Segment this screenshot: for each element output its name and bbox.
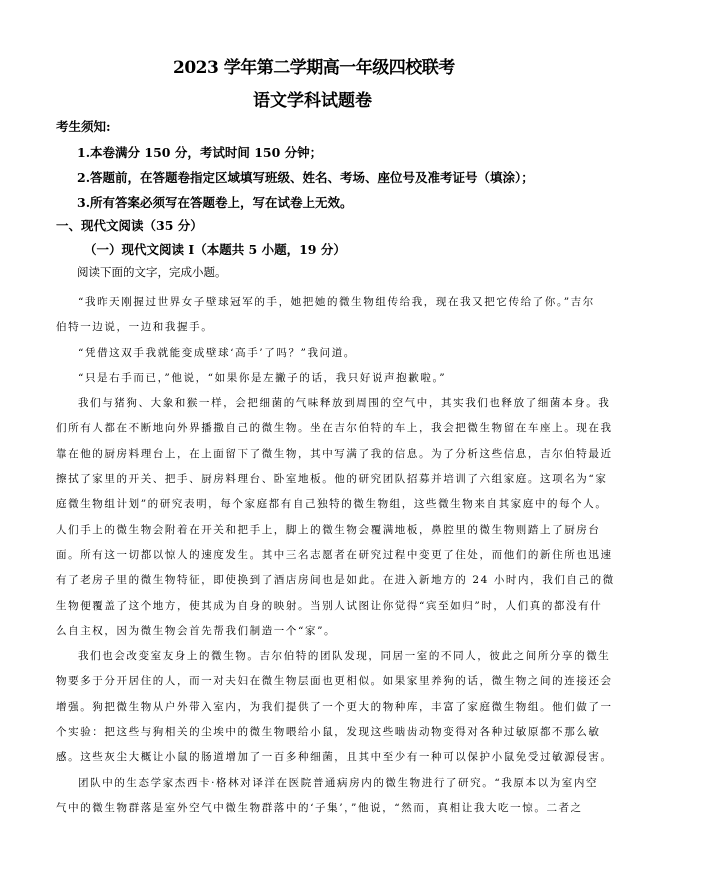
passage-line: 们所有人都在不断地向外界播撒自己的微生物。坐在吉尔伯特的车上，我会把微生物留在车… <box>56 416 556 441</box>
passage-line: 庭微生物组计划”的研究表明，每个家庭都有自己独特的微生物组，这些微生物来自其家庭… <box>56 492 556 517</box>
notice-item: 1.本卷满分 150 分，考试时间 150 分钟； <box>77 143 322 161</box>
passage-line: 么自主权，因为微生物会首先帮我们制造一个“家”。 <box>56 619 556 644</box>
passage-line: 伯特一边说，一边和我握手。 <box>56 315 556 340</box>
notice-heading: 考生须知: <box>56 117 111 135</box>
notice-item: 2.答题前，在答题卷指定区域填写班级、姓名、考场、座位号及准考证号（填涂）； <box>77 168 534 186</box>
passage-line: 靠在他的厨房料理台上，在上面留下了微生物，其中写满了我的信息。为了分析这些信息，… <box>56 442 556 467</box>
passage-line: 增强。狗把微生物从户外带入室内，为我们提供了一个更大的物种库，丰富了家庭微生物组… <box>56 695 556 720</box>
subsection-heading: （一）现代文阅读 I（本题共 5 小题，19 分） <box>84 240 346 258</box>
passage-line: 有了老房子里的微生物特征，即使换到了酒店房间也是如此。在进入新地方的 24 小时… <box>56 568 556 593</box>
passage-line: “凭借这双手我就能变成壁球‘高手’了吗？”我问道。 <box>56 341 556 366</box>
passage-line: 生物便覆盖了这个地方，使其成为自身的映射。当别人试图让你觉得“宾至如归”时，人们… <box>56 594 556 619</box>
section-heading: 一、现代文阅读（35 分） <box>56 216 203 234</box>
passage-line: 气中的微生物群落是室外空气中微生物群落中的‘子集’，”他说，“然而，真相让我大吃… <box>56 796 556 821</box>
exam-title: 2023 学年第二学期高一年级四校联考 <box>173 53 455 78</box>
passage-line: 个实验：把这些与狗相关的尘埃中的微生物喂给小鼠，发现这些啮齿动物变得对各种过敏原… <box>56 720 556 745</box>
passage-line: 感。这些灰尘大概让小鼠的肠道增加了一百多种细菌，且其中至少有一种可以保护小鼠免受… <box>56 745 556 770</box>
passage-line: “只是右手而已，”他说，“如果你是左撇子的话，我只好说声抱歉啦。” <box>56 366 556 391</box>
passage-line: “我昨天刚握过世界女子壁球冠军的手，她把她的微生物组传给我，现在我又把它传给了你… <box>56 290 556 315</box>
passage-line: 我们也会改变室友身上的微生物。吉尔伯特的团队发现，同居一室的不同人，彼此之间所分… <box>56 644 556 669</box>
passage-body: “我昨天刚握过世界女子壁球冠军的手，她把她的微生物组传给我，现在我又把它传给了你… <box>56 290 556 821</box>
passage-line: 人们手上的微生物会附着在开关和把手上，脚上的微生物会覆满地板，鼻腔里的微生物则踏… <box>56 518 556 543</box>
passage-line: 擦拭了家里的开关、把手、厨房料理台、卧室地板。他的研究团队招募并培训了六组家庭。… <box>56 467 556 492</box>
exam-subtitle: 语文学科试题卷 <box>253 86 372 111</box>
passage-line: 我们与猪狗、大象和猴一样，会把细菌的气味释放到周围的空气中，其实我们也释放了细菌… <box>56 391 556 416</box>
reading-instruction: 阅读下面的文字，完成小题。 <box>77 264 227 280</box>
notice-item: 3.所有答案必须写在答题卷上，写在试卷上无效。 <box>77 193 353 211</box>
passage-line: 面。所有这一切都以惊人的速度发生。其中三名志愿者在研究过程中变更了住处，而他们的… <box>56 543 556 568</box>
passage-line: 物要多于分开居住的人，而一对夫妇在微生物层面也更相似。如果家里养狗的话，微生物之… <box>56 669 556 694</box>
passage-line: 团队中的生态学家杰西卡·格林对译洋在医院普通病房内的微生物进行了研究。“我原本以… <box>56 771 556 796</box>
